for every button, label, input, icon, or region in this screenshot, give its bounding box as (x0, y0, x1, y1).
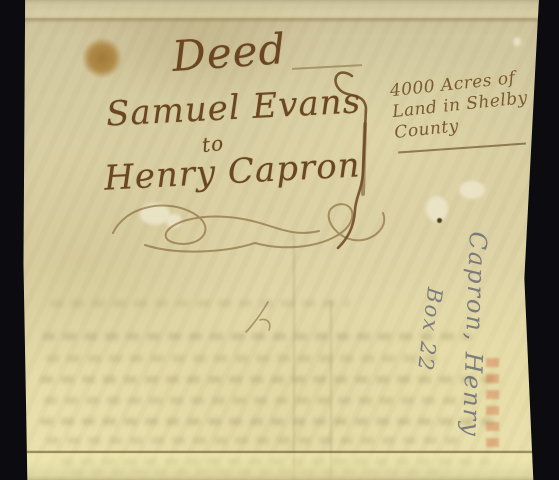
county-underline (398, 143, 526, 153)
deed-paper: Deed Samuel Evans to Henry Capron 4000 A… (0, 0, 559, 480)
bleedthrough-line (46, 437, 466, 444)
deed-title: Deed (170, 24, 287, 81)
ink-mark (242, 298, 276, 340)
bleedthrough-line (40, 418, 500, 425)
ink-speck (437, 218, 442, 223)
top-fold-crease (0, 18, 559, 21)
bleedthrough-line (50, 300, 350, 307)
bleedthrough-line (46, 355, 446, 362)
paper-top-edge (0, 0, 559, 18)
annotation-block: 4000 Acres of Land in Shelby County (389, 67, 531, 144)
photograph-background: Deed Samuel Evans to Henry Capron 4000 A… (0, 0, 559, 480)
bleedthrough-line (44, 397, 474, 404)
red-stamp-mark (486, 358, 499, 448)
paper-damage-spot (459, 181, 485, 199)
paper-damage-spot (513, 37, 521, 46)
folded-edge-strip (0, 453, 559, 480)
brace-icon (330, 64, 390, 259)
bleedthrough-line (40, 376, 495, 383)
grantee-name: Henry Capron (103, 145, 361, 198)
ink-stain (82, 38, 122, 78)
grantor-name: Samuel Evans (105, 81, 362, 134)
